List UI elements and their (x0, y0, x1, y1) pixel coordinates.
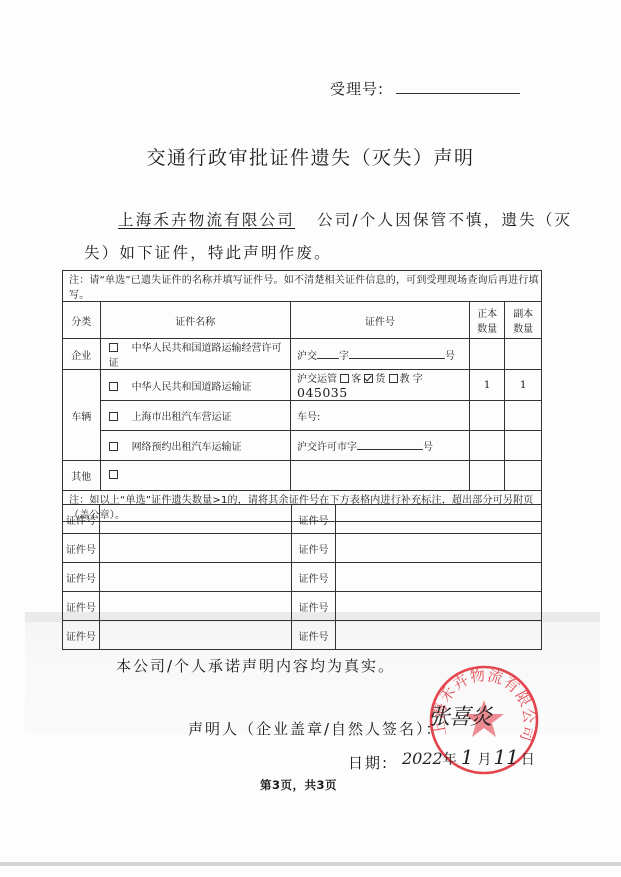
original-qty-cell[interactable] (469, 401, 505, 431)
copy-qty-cell[interactable] (505, 431, 542, 461)
checkbox-icon[interactable] (109, 442, 118, 451)
row-category-vehicle: 车辆 (63, 370, 101, 461)
header-cert-no: 证件号 (291, 302, 470, 339)
cert-no-label: 证件号 (63, 563, 100, 592)
table-row: 上海市出租汽车营运证 车号: (63, 401, 542, 431)
cert-name-cell: 上海市出租汽车营运证 (100, 401, 290, 431)
table-header-row: 分类 证件名称 证件号 正本数量 副本数量 (63, 302, 542, 339)
original-qty-cell[interactable] (469, 431, 505, 461)
scan-bottom-edge (0, 862, 621, 866)
table-note-top: 注：请“单选”已遗失证件的名称并填写证件号。如不清楚相关证件信息的，可到受理现场… (63, 271, 542, 302)
statement-line-1: 上海禾卉物流有限公司公司/个人因保管不慎，遗失（灭 (118, 208, 572, 230)
checkbox-icon[interactable] (109, 412, 118, 421)
cert-name-cell: 中华人民共和国道路运输经营许可证 (100, 339, 290, 370)
copy-qty-cell[interactable] (505, 339, 542, 370)
original-qty-cell[interactable] (469, 339, 505, 370)
cert-no-field-right[interactable] (335, 621, 541, 650)
promise-statement: 本公司/个人承诺声明内容均为真实。 (116, 655, 395, 676)
acceptance-number-field[interactable] (396, 93, 520, 94)
statement-line-2: 失）如下证件，特此声明作废。 (84, 241, 332, 263)
lost-certificate-table: 注：请“单选”已遗失证件的名称并填写证件号。如不清楚相关证件信息的，可到受理现场… (62, 270, 542, 522)
table-row: 网络预约出租汽车运输证 沪交许可市字号 (63, 431, 542, 461)
statement-line-1-text: 公司/个人因保管不慎，遗失（灭 (317, 211, 572, 229)
copy-qty-cell[interactable] (505, 401, 542, 431)
cert-no-field-right[interactable] (335, 505, 541, 534)
supplement-row: 证件号 证件号 (63, 534, 542, 563)
cert-no-cell[interactable]: 沪交字号 (291, 339, 470, 370)
company-name-field[interactable]: 上海禾卉物流有限公司 (118, 211, 317, 229)
cert-no-cell[interactable]: 车号: (291, 401, 470, 431)
supplement-row: 证件号 证件号 (63, 563, 542, 592)
cert-no-label: 证件号 (63, 505, 100, 534)
original-qty-cell[interactable] (469, 461, 505, 491)
cert-no-field-right[interactable] (335, 563, 541, 592)
cert-no-field-left[interactable] (99, 505, 291, 534)
supplement-row: 证件号 证件号 (63, 592, 542, 621)
row-category: 企业 (63, 339, 101, 370)
header-copy-qty: 副本数量 (505, 302, 542, 339)
cert-no-field-right[interactable] (335, 592, 541, 621)
cert-no-cell[interactable]: 沪交运管 客 货 教 字 045035 (291, 370, 470, 401)
cert-no-cell[interactable]: 沪交许可市字号 (291, 431, 470, 461)
date-label: 日期: (348, 752, 389, 773)
checkbox-freight-checked-icon[interactable] (364, 374, 373, 383)
table-row: 车辆 中华人民共和国道路运输证 沪交运管 客 货 教 字 045035 1 1 (63, 370, 542, 401)
cert-no-label: 证件号 (63, 621, 100, 650)
document-title: 交通行政审批证件遗失（灭失）声明 (0, 143, 621, 170)
checkbox-passenger-icon[interactable] (340, 374, 349, 383)
handwritten-date[interactable]: 2022年1月11日 (402, 745, 535, 769)
header-original-qty: 正本数量 (469, 302, 505, 339)
cert-no-label: 证件号 (292, 505, 336, 534)
supplement-row: 证件号 证件号 (63, 505, 542, 534)
copy-qty-cell[interactable] (505, 461, 542, 491)
cert-no-label: 证件号 (292, 534, 336, 563)
cert-no-label: 证件号 (63, 534, 100, 563)
table-row: 其他 (63, 461, 542, 491)
cert-no-field-right[interactable] (335, 534, 541, 563)
acceptance-number-label: 受理号: (330, 78, 384, 99)
cert-name-cell: 网络预约出租汽车运输证 (100, 431, 290, 461)
supplement-row: 证件号 证件号 (63, 621, 542, 650)
original-qty-cell[interactable]: 1 (469, 370, 505, 401)
cert-no-label: 证件号 (292, 563, 336, 592)
header-cert-name: 证件名称 (100, 302, 290, 339)
cert-no-label: 证件号 (292, 621, 336, 650)
cert-no-cell[interactable] (291, 461, 470, 491)
cert-no-field-left[interactable] (99, 621, 291, 650)
supplement-cert-table: 证件号 证件号 证件号 证件号 证件号 证件号 证件号 证件号 证件号 证件号 (62, 504, 542, 650)
handwritten-signature[interactable]: 张喜炎 (428, 700, 491, 731)
checkbox-training-icon[interactable] (389, 374, 398, 383)
header-category: 分类 (63, 302, 101, 339)
declarer-label: 声明人（企业盖章/自然人签名）： (188, 718, 443, 739)
copy-qty-cell[interactable]: 1 (505, 370, 542, 401)
cert-name-cell[interactable] (100, 461, 290, 491)
checkbox-icon[interactable] (109, 382, 118, 391)
cert-no-field-left[interactable] (99, 563, 291, 592)
page-number: 第3页，共3页 (260, 777, 337, 793)
cert-no-label: 证件号 (292, 592, 336, 621)
row-category: 其他 (63, 461, 101, 491)
checkbox-icon[interactable] (109, 470, 118, 479)
checkbox-icon[interactable] (109, 343, 118, 352)
cert-number-value: 045035 (297, 385, 348, 400)
cert-no-label: 证件号 (63, 592, 100, 621)
cert-no-field-left[interactable] (99, 534, 291, 563)
cert-name-cell: 中华人民共和国道路运输证 (100, 370, 290, 401)
table-row: 企业 中华人民共和国道路运输经营许可证 沪交字号 (63, 339, 542, 370)
cert-no-field-left[interactable] (99, 592, 291, 621)
